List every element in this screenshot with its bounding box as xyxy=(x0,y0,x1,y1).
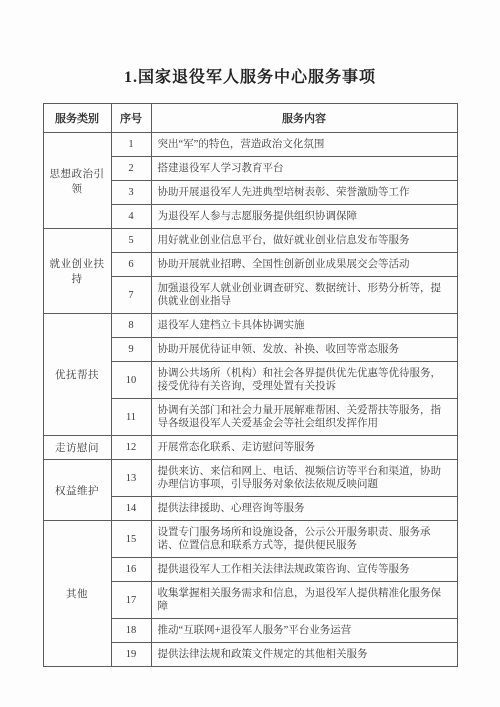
table-row: 优抚帮扶8退役军人建档立卡具体协调实施 xyxy=(43,314,457,338)
content-cell: 设置专门服务场所和设施设备，公示公开服务职责、服务承诺、位置信息和联系方式等，提… xyxy=(151,521,457,558)
table-row: 就业创业扶持5用好就业创业信息平台，做好就业创业信息发布等服务 xyxy=(43,229,457,253)
serial-cell: 16 xyxy=(111,558,151,582)
category-cell: 走访慰问 xyxy=(43,436,111,460)
category-cell: 优抚帮扶 xyxy=(43,314,111,436)
content-cell: 突出“军”的特色，营造政治文化氛围 xyxy=(151,133,457,157)
content-cell: 提供法律援助、心理咨询等服务 xyxy=(151,497,457,521)
page-title: 1.国家退役军人服务中心服务事项 xyxy=(0,64,500,87)
category-cell: 权益维护 xyxy=(43,460,111,521)
document-page: 1.国家退役军人服务中心服务事项 服务类别 序号 服务内容 思想政治引领1突出“… xyxy=(0,0,500,707)
table-row: 权益维护13提供来访、来信和网上、电话、视频信访等平台和渠道，协助办理信访事项，… xyxy=(43,460,457,497)
content-cell: 提供法律法规和政策文件规定的其他相关服务 xyxy=(151,643,457,667)
serial-cell: 18 xyxy=(111,619,151,643)
content-cell: 提供退役军人工作相关法律法规政策咨询、宣传等服务 xyxy=(151,558,457,582)
content-cell: 协调有关部门和社会力量开展解难帮困、关爱帮扶等服务，指导各级退役军人关爱基金会等… xyxy=(151,399,457,436)
header-serial-number: 序号 xyxy=(111,104,151,133)
category-cell: 就业创业扶持 xyxy=(43,229,111,314)
header-service-content: 服务内容 xyxy=(151,104,457,133)
serial-cell: 13 xyxy=(111,460,151,497)
content-cell: 为退役军人参与志愿服务提供组织协调保障 xyxy=(151,205,457,229)
serial-cell: 10 xyxy=(111,362,151,399)
serial-cell: 1 xyxy=(111,133,151,157)
category-cell: 思想政治引领 xyxy=(43,133,111,229)
content-cell: 用好就业创业信息平台，做好就业创业信息发布等服务 xyxy=(151,229,457,253)
content-cell: 提供来访、来信和网上、电话、视频信访等平台和渠道，协助办理信访事项，引导服务对象… xyxy=(151,460,457,497)
category-cell: 其他 xyxy=(43,521,111,667)
serial-cell: 14 xyxy=(111,497,151,521)
content-cell: 协调公共场所（机构）和社会各界提供优先优惠等优待服务，接受优待有关咨询，受理处置… xyxy=(151,362,457,399)
content-cell: 协助开展就业招聘、全国性创新创业成果展交会等活动 xyxy=(151,253,457,277)
table-row: 思想政治引领1突出“军”的特色，营造政治文化氛围 xyxy=(43,133,457,157)
serial-cell: 5 xyxy=(111,229,151,253)
serial-cell: 15 xyxy=(111,521,151,558)
content-cell: 退役军人建档立卡具体协调实施 xyxy=(151,314,457,338)
content-cell: 推动“互联网+退役军人服务”平台业务运营 xyxy=(151,619,457,643)
table-header: 服务类别 序号 服务内容 xyxy=(43,104,457,133)
serial-cell: 4 xyxy=(111,205,151,229)
table-row: 其他15设置专门服务场所和设施设备，公示公开服务职责、服务承诺、位置信息和联系方… xyxy=(43,521,457,558)
serial-cell: 12 xyxy=(111,436,151,460)
serial-cell: 3 xyxy=(111,181,151,205)
header-service-category: 服务类别 xyxy=(43,104,111,133)
content-cell: 协助开展退役军人先进典型培树表彰、荣誉激励等工作 xyxy=(151,181,457,205)
header-row: 服务类别 序号 服务内容 xyxy=(43,104,457,133)
table-row: 走访慰问12开展常态化联系、走访慰问等服务 xyxy=(43,436,457,460)
service-table-body: 思想政治引领1突出“军”的特色，营造政治文化氛围2搭建退役军人学习教育平台3协助… xyxy=(43,133,457,667)
service-items-table: 服务类别 序号 服务内容 思想政治引领1突出“军”的特色，营造政治文化氛围2搭建… xyxy=(43,103,458,667)
serial-cell: 6 xyxy=(111,253,151,277)
content-cell: 收集掌握相关服务需求和信息，为退役军人提供精准化服务保障 xyxy=(151,582,457,619)
serial-cell: 11 xyxy=(111,399,151,436)
content-cell: 协助开展优待证申领、发放、补换、收回等常态服务 xyxy=(151,338,457,362)
content-cell: 加强退役军人就业创业调查研究、数据统计、形势分析等，提供就业创业指导 xyxy=(151,277,457,314)
serial-cell: 17 xyxy=(111,582,151,619)
serial-cell: 8 xyxy=(111,314,151,338)
serial-cell: 2 xyxy=(111,157,151,181)
content-cell: 开展常态化联系、走访慰问等服务 xyxy=(151,436,457,460)
serial-cell: 7 xyxy=(111,277,151,314)
content-cell: 搭建退役军人学习教育平台 xyxy=(151,157,457,181)
serial-cell: 9 xyxy=(111,338,151,362)
serial-cell: 19 xyxy=(111,643,151,667)
